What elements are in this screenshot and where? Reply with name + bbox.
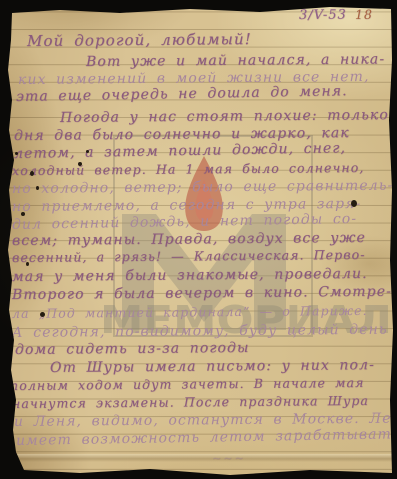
letter-line: Погода у нас стоят плохие: только [60, 107, 389, 126]
letter-paper: МЕМОРИАЛ 3/V-53 18 Мой дорогой, любимый!… [0, 0, 397, 479]
letter-line: А сегодня, по-видимому, буду целый день [12, 322, 388, 341]
letter-line: Вот уже и май начался, а ника- [86, 51, 385, 70]
paper-speck [351, 200, 357, 207]
letter-line: От Шуры имела письмо: у них пол- [50, 357, 375, 376]
letter-line: весенний, а грязь! — Классическая. Перво… [12, 247, 366, 265]
paper-crease [0, 454, 397, 462]
letter-date: 3/V-53 [299, 8, 347, 23]
letter-line: мая у меня были знакомые, проведали. [12, 266, 368, 285]
letter-line: начнутся экзамены. После праздника Шура [12, 393, 369, 411]
letter-line: но холодно, ветер; было еще сравнитель- [12, 178, 393, 197]
letter-line: холодный ветер. На 1 мая было солнечно, [12, 160, 365, 178]
paper-speck [78, 162, 82, 166]
paper-speck [40, 312, 45, 317]
letter-line: ла „Под мантией кардинала” — о Париже. [12, 303, 368, 321]
letter-scan: МЕМОРИАЛ 3/V-53 18 Мой дорогой, любимый!… [0, 0, 397, 479]
letter-line: Мой дорогой, любимый! [27, 30, 252, 50]
paper-speck [30, 171, 34, 176]
paper-speck [86, 150, 89, 153]
paper-speck [15, 152, 18, 155]
letter-line: Второго я была вечером в кино. Смотре- [12, 284, 392, 303]
letter-line: дома сидеть из-за погоды [15, 340, 250, 358]
paper-speck [26, 262, 29, 266]
letter-line: всем; туманы. Правда, воздух все уже [12, 230, 366, 249]
paper-speck [36, 186, 39, 190]
paper-speck [21, 212, 25, 216]
letter-line: полным ходом идут зачеты. В начале мая [10, 375, 365, 393]
page-number: 18 [355, 7, 373, 22]
